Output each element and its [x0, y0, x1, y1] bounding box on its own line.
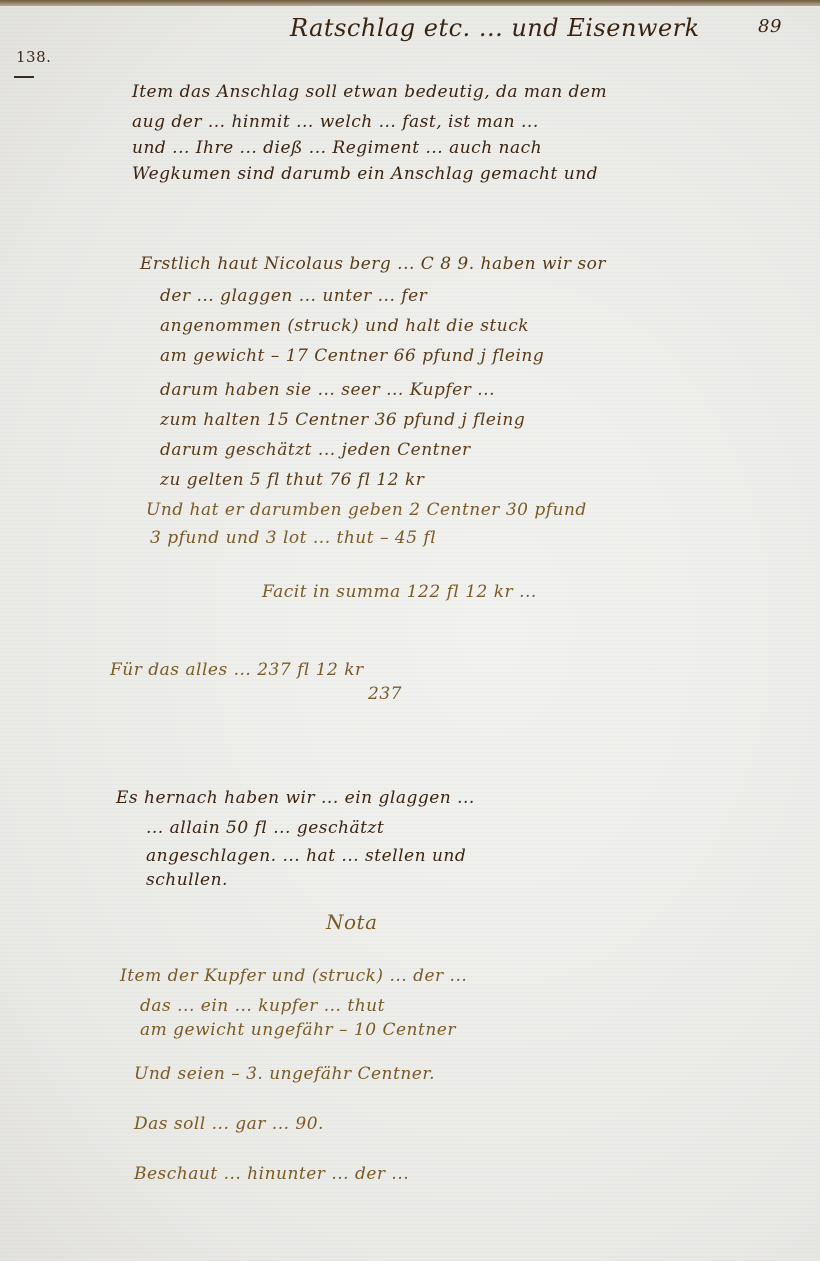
intro-line-2: aug der ... hinmit ... welch ... fast, i… — [132, 112, 539, 132]
intro-line-3: und ... Ihre ... dieß ... Regiment ... a… — [132, 138, 542, 158]
nota-line-2: das ... ein ... kupfer ... thut — [140, 996, 385, 1016]
item2-line-3: angeschlagen. ... hat ... stellen und — [146, 846, 466, 866]
item1-line-1: Erstlich haut Nicolaus berg ... C 8 9. h… — [140, 254, 606, 274]
nota-line-5: Das soll ... gar ... 90. — [134, 1114, 324, 1134]
item1-line-5: darum haben sie ... seer ... Kupfer ... — [160, 380, 495, 400]
binding-edge — [0, 0, 820, 6]
item1-line-4: am gewicht – 17 Centner 66 pfund j flein… — [160, 346, 544, 366]
item2-line-1: Es hernach haben wir ... ein glaggen ... — [116, 788, 475, 808]
intro-line-4: Wegkumen sind darumb ein Anschlag gemach… — [132, 164, 598, 184]
page-header: Ratschlag etc. ... und Eisenwerk — [290, 14, 700, 42]
nota-line-4: Und seien – 3. ungefähr Centner. — [134, 1064, 435, 1084]
intro-line-1: Item das Anschlag soll etwan bedeutig, d… — [132, 82, 607, 102]
nota-line-1: Item der Kupfer und (struck) ... der ... — [120, 966, 467, 986]
page-number: 138. — [16, 48, 51, 66]
item1-line-8: zu gelten 5 fl thut 76 fl 12 kr — [160, 470, 424, 490]
item1-line-2: der ... glaggen ... unter ... fer — [160, 286, 427, 306]
nota-heading: Nota — [326, 910, 378, 934]
nota-line-6: Beschaut ... hinunter ... der ... — [134, 1164, 409, 1184]
item2-line-4: schullen. — [146, 870, 228, 890]
item1-line-7: darum geschätzt ... jeden Centner — [160, 440, 471, 460]
sum-line: Facit in summa 122 fl 12 kr ... — [262, 582, 537, 602]
manuscript-page: 138. Ratschlag etc. ... und Eisenwerk 89… — [0, 0, 820, 1261]
item1-line-10: 3 pfund und 3 lot ... thut – 45 fl — [150, 528, 436, 548]
nota-line-3: am gewicht ungefähr – 10 Centner — [140, 1020, 456, 1040]
page-number-underline — [14, 76, 34, 78]
item1-line-3: angenommen (struck) und halt die stuck — [160, 316, 529, 336]
folio-number: 89 — [758, 16, 782, 37]
item2-line-2: ... allain 50 fl ... geschätzt — [146, 818, 384, 838]
total-line: Für das alles ... 237 fl 12 kr — [110, 660, 364, 680]
total-corrected-value: 237 — [368, 684, 402, 704]
item1-line-6: zum halten 15 Centner 36 pfund j fleing — [160, 410, 525, 430]
item1-line-9: Und hat er darumben geben 2 Centner 30 p… — [146, 500, 587, 520]
